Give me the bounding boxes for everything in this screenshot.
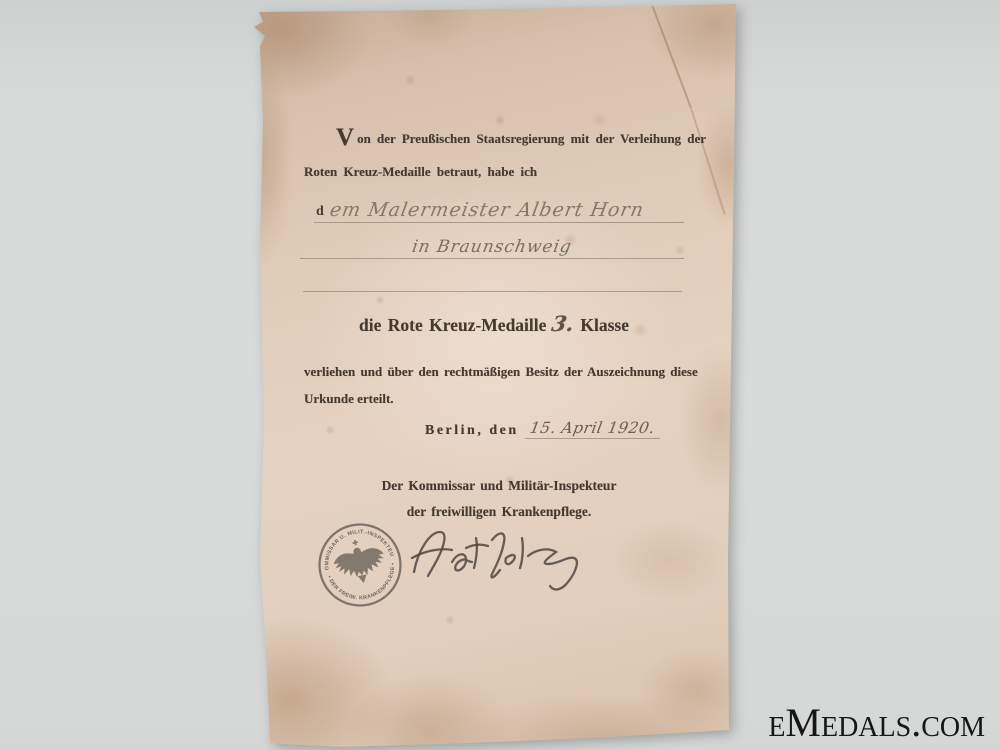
recipient-city-line: in Braunschweig (300, 230, 684, 259)
intro-line-1: Von der Preußischen Staatsregierung mit … (336, 131, 706, 147)
printed-prefix: d (316, 204, 324, 220)
issuer-line-1: Der Kommissar und Militär-Inspekteur (250, 478, 748, 494)
award-class-handwritten: 3. (550, 311, 576, 336)
body-line-1: verliehen und über den rechtmäßigen Besi… (304, 364, 698, 380)
award-suffix: Klasse (580, 315, 629, 335)
blank-form-line (303, 264, 682, 292)
dropcap-initial: V (336, 124, 354, 151)
document-photo: Von der Preußischen Staatsregierung mit … (250, 0, 738, 750)
dateline-printed: Berlin, den (425, 423, 519, 439)
dateline-handwritten: 15. April 1920. (528, 419, 656, 437)
issuer-line-2: der freiwilligen Krankenpflege. (250, 504, 748, 520)
intro-line-2: Roten Kreuz-Medaille betraut, habe ich (304, 164, 537, 180)
body-line-2: Urkunde erteilt. (304, 391, 394, 407)
signature-handwritten (408, 520, 603, 598)
dateline: Berlin, den 15. April 1920. (425, 419, 660, 439)
photo-background: Von der Preußischen Staatsregierung mit … (0, 0, 1000, 750)
watermark-emedals: eMedals.com (768, 699, 985, 746)
paper-crease (690, 108, 725, 215)
recipient-name-handwritten: em Malermeister Albert Horn (328, 199, 646, 221)
paper-crease (651, 2, 692, 108)
award-prefix: die Rote Kreuz-Medaille (359, 315, 546, 335)
recipient-city-handwritten: in Braunschweig (410, 237, 573, 257)
recipient-name-line: d em Malermeister Albert Horn (314, 192, 684, 223)
award-title-line: die Rote Kreuz-Medaille3.Klasse (250, 311, 738, 336)
ink-stamp: KOMMISSAR U. MILIT.-INSPEKTEUR • DER FRE… (308, 513, 412, 617)
intro-line-1-text: on der Preußischen Staatsregierung mit d… (357, 131, 706, 146)
award-document-page: Von der Preußischen Staatsregierung mit … (250, 0, 738, 750)
dateline-fill: 15. April 1920. (525, 419, 660, 439)
